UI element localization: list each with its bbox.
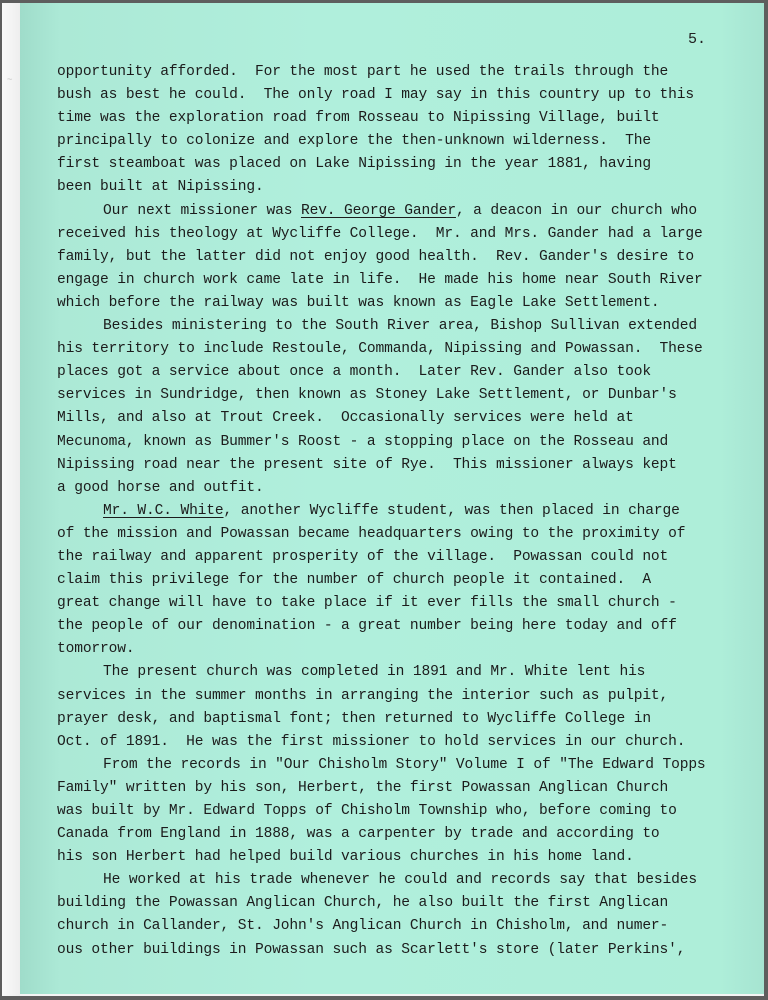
paragraph: He worked at his trade whenever he could… [57,869,768,961]
text-line: engage in church work came late in life.… [57,269,768,292]
text-line: was built by Mr. Edward Topps of Chishol… [57,800,768,823]
text-line: bush as best he could. The only road I m… [57,84,768,107]
text-line: ous other buildings in Powassan such as … [57,939,768,962]
text-line: prayer desk, and baptismal font; then re… [57,708,768,731]
text-line: which before the railway was built was k… [57,292,768,315]
text-line: Oct. of 1891. He was the first missioner… [57,731,768,754]
text-line: been built at Nipissing. [57,176,768,199]
binding-strip: ~ [2,3,20,996]
underlined-name: Mr. W.C. White [103,503,224,519]
paragraph: The present church was completed in 1891… [57,661,768,753]
text-line: services in the summer months in arrangi… [57,685,768,708]
paragraph: Our next missioner was Rev. George Gande… [57,200,768,315]
text-line: opportunity afforded. For the most part … [57,61,768,84]
document-body: opportunity afforded. For the most part … [57,61,768,962]
text-line: Besides ministering to the South River a… [57,315,768,338]
text-line: of the mission and Powassan became headq… [57,523,768,546]
text-line: services in Sundridge, then known as Sto… [57,384,768,407]
text-line: received his theology at Wycliffe Colleg… [57,223,768,246]
text-line: places got a service about once a month.… [57,361,768,384]
text-line: Mecunoma, known as Bummer's Roost - a st… [57,431,768,454]
text-line: building the Powassan Anglican Church, h… [57,892,768,915]
text-line: the people of our denomination - a great… [57,615,768,638]
underlined-name: Rev. George Gander [301,203,456,219]
text-line: family, but the latter did not enjoy goo… [57,246,768,269]
text-line: tomorrow. [57,638,768,661]
paragraph: opportunity afforded. For the most part … [57,61,768,200]
text-line: a good horse and outfit. [57,477,768,500]
text-line: The present church was completed in 1891… [57,661,768,684]
paragraph: Mr. W.C. White, another Wycliffe student… [57,500,768,662]
text-line: From the records in "Our Chisholm Story"… [57,754,768,777]
text-line: Nipissing road near the present site of … [57,454,768,477]
text-line: Mr. W.C. White, another Wycliffe student… [57,500,768,523]
paragraph: From the records in "Our Chisholm Story"… [57,754,768,869]
text-line: great change will have to take place if … [57,592,768,615]
text-line: Our next missioner was Rev. George Gande… [57,200,768,223]
text-line: Canada from England in 1888, was a carpe… [57,823,768,846]
text-line: Mills, and also at Trout Creek. Occasion… [57,407,768,430]
text-line: church in Callander, St. John's Anglican… [57,915,768,938]
text-line: principally to colonize and explore the … [57,130,768,153]
text-line: his territory to include Restoule, Comma… [57,338,768,361]
text-line: the railway and apparent prosperity of t… [57,546,768,569]
document-page: 5. opportunity afforded. For the most pa… [20,3,764,994]
text-line: claim this privilege for the number of c… [57,569,768,592]
text-line: Family" written by his son, Herbert, the… [57,777,768,800]
page-number: 5. [688,31,706,48]
paragraph: Besides ministering to the South River a… [57,315,768,500]
text-line: He worked at his trade whenever he could… [57,869,768,892]
text-line: time was the exploration road from Rosse… [57,107,768,130]
text-line: first steamboat was placed on Lake Nipis… [57,153,768,176]
text-line: his son Herbert had helped build various… [57,846,768,869]
